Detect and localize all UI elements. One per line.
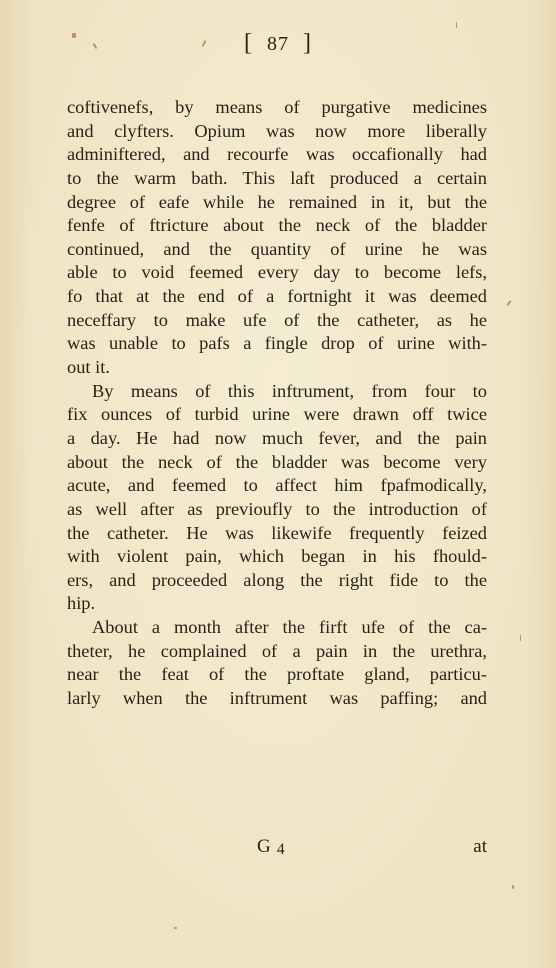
text-line: theter, he complained of a pain in the u… — [67, 640, 487, 664]
signature-letter: G — [257, 836, 271, 857]
text-line: fo that at the end of a fortnight it was… — [67, 285, 487, 309]
book-page: [87] coftivenefs, by means of purgative … — [0, 0, 556, 968]
signature-number: 4 — [277, 841, 285, 858]
text-line: hip. — [67, 592, 487, 616]
text-line: near the feat of the proftate gland, par… — [67, 663, 487, 687]
text-line: adminiftered, and recourfe was occafiona… — [67, 143, 487, 167]
text-line: the catheter. He was likewife frequently… — [67, 522, 487, 546]
text-line: a day. He had now much fever, and the pa… — [67, 427, 487, 451]
page-footer: G4 at — [67, 835, 487, 859]
text-line: ers, and proceeded along the right fide … — [67, 569, 487, 593]
text-line: neceffary to make ufe of the catheter, a… — [67, 309, 487, 333]
signature-mark: G4 — [257, 835, 285, 860]
text-line: continued, and the quantity of urine he … — [67, 238, 487, 262]
text-line: with violent pain, which began in his fh… — [67, 545, 487, 569]
catchword: at — [473, 835, 487, 859]
paper-speck — [174, 927, 177, 929]
text-line: was unable to pafs a fingle drop of urin… — [67, 332, 487, 356]
text-line: and clyfters. Opium was now more liberal… — [67, 120, 487, 144]
text-line: fenfe of ftricture about the neck of the… — [67, 214, 487, 238]
paper-speck — [456, 22, 457, 28]
open-bracket: [ — [244, 30, 253, 57]
text-line: larly when the inftrument was paffing; a… — [67, 687, 487, 711]
page-number: 87 — [267, 33, 289, 55]
paper-speck — [506, 300, 511, 306]
text-line: about the neck of the bladder was become… — [67, 451, 487, 475]
close-bracket: ] — [303, 30, 312, 57]
running-head: [87] — [0, 30, 556, 57]
body-text: coftivenefs, by means of purgative medic… — [67, 96, 487, 711]
text-line: able to void feemed every day to become … — [67, 261, 487, 285]
paragraph-start-line: About a month after the firft ufe of the… — [67, 616, 487, 640]
text-line: coftivenefs, by means of purgative medic… — [67, 96, 487, 120]
text-line: fix ounces of turbid urine were drawn of… — [67, 403, 487, 427]
paper-speck — [520, 635, 521, 641]
text-line: to the warm bath. This laft produced a c… — [67, 167, 487, 191]
paper-speck — [512, 885, 514, 889]
text-line: out it. — [67, 356, 487, 380]
text-line: degree of eafe while he remained in it, … — [67, 191, 487, 215]
paragraph-start-line: By means of this inftrument, from four t… — [67, 380, 487, 404]
text-line: as well after as previoufly to the intro… — [67, 498, 487, 522]
text-line: acute, and feemed to affect him fpafmodi… — [67, 474, 487, 498]
